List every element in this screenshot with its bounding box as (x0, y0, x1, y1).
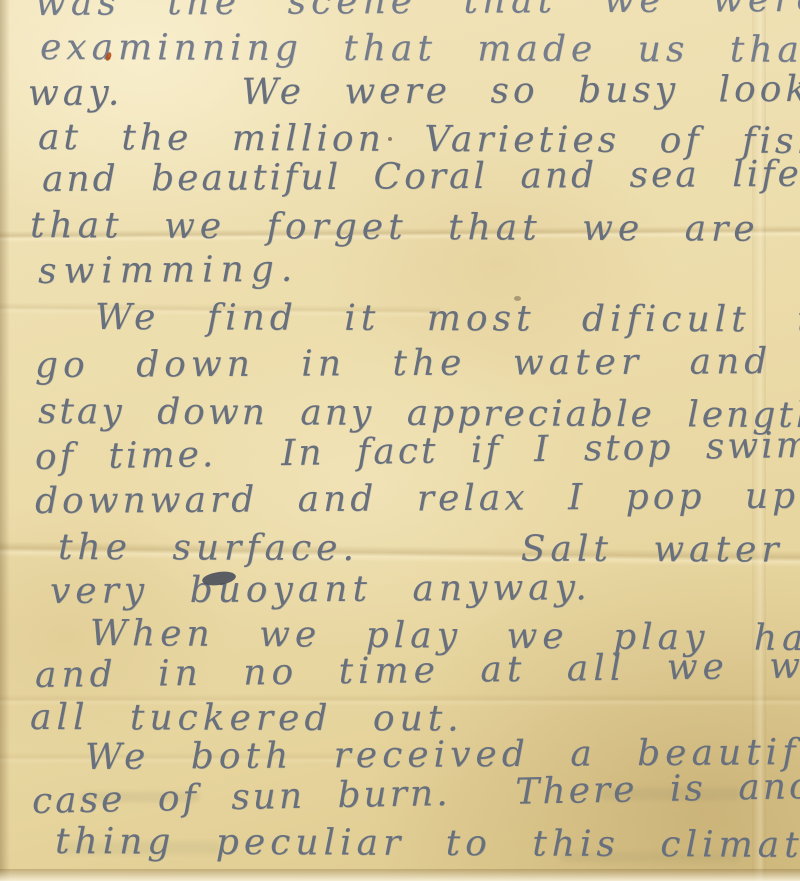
paper-left-edge-shadow (0, 0, 10, 881)
handwritten-line: that we forget that we are (30, 204, 760, 252)
handwritten-line: the surface. Salt water is (58, 526, 800, 573)
handwritten-line: and in no time at all we were (35, 644, 800, 698)
handwritten-line: and beautiful Coral and sea life. (42, 153, 800, 202)
handwritten-line: very buoyant anyway. (50, 566, 592, 614)
paper-speck (514, 296, 521, 301)
handwritten-line: thing peculiar to this climate (55, 820, 800, 868)
handwritten-line: downward and relax I pop up to (35, 474, 800, 524)
handwritten-line: go down in the water and (35, 340, 772, 388)
handwritten-line: way. We were so busy looking (28, 68, 800, 116)
paper-bottom-edge (0, 869, 800, 881)
handwritten-line: was the scene that we were (35, 0, 800, 26)
letter-page: was the scene that we were examinning th… (0, 0, 800, 881)
handwritten-line: swimming. (38, 248, 300, 294)
paper-speck (388, 137, 392, 141)
handwritten-line: examinning that made us that (40, 26, 800, 73)
handwritten-line: We find it most dificult to (95, 296, 800, 343)
